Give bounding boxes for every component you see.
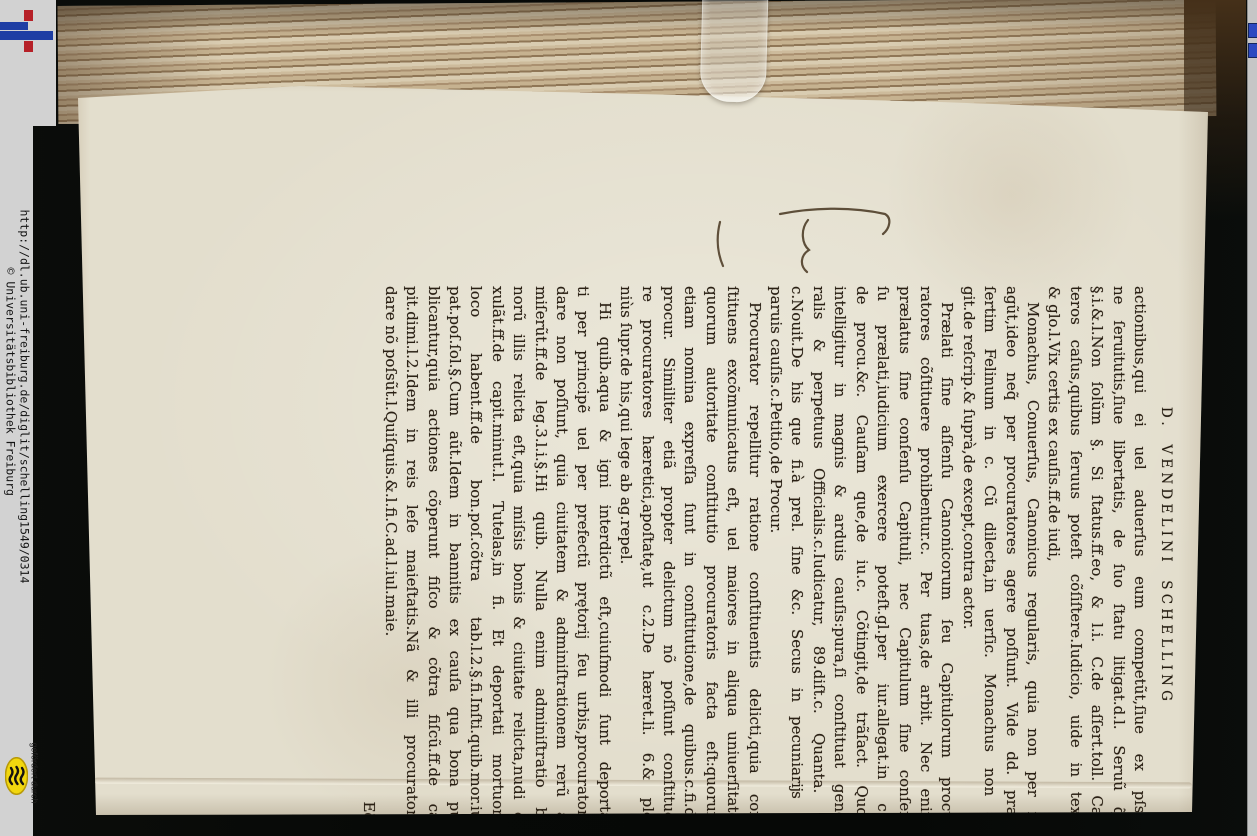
text-line: pit.dimi.l.2.Idem in reis leſe maieſtati… [401,286,422,826]
text-line: teros caſus,quibus ſeruus poteſt cõſiſte… [1064,286,1085,826]
calibration-mark-icon [1248,23,1257,38]
running-header: D. VENDELINI SCHELLING [1158,286,1174,826]
text-block-lines: actionibus,qui ei uel aduerſus eum compe… [379,286,1150,826]
text-line: ratores cõſtituere prohibentur.c. Per tu… [915,286,936,826]
text-line: c.Nouit.De his que fi.à prel. ſine &c. S… [786,286,807,826]
text-line: ſertim Felinum in c. Cũ dilecta,in uerſi… [979,286,1000,826]
text-line: intelligitur in magnis & arduis cauſis:p… [829,286,850,826]
text-line: re procuratores hæretici,apoſtatę,ut c.2… [636,286,657,826]
text-line: ti per principẽ uel per prefectũ prętori… [572,286,593,826]
text-line: ſtituens excõmunicatus eſt, uel maiores … [722,286,743,826]
text-line: actionibus,qui ei uel aduerſus eum compe… [1129,286,1150,826]
scan-copyright: © Universitätsbibliothek Freiburg [4,210,18,620]
text-line: ne ſeruitutis,ſiue libertatis, de ſuo ſt… [1107,286,1128,826]
text-line: git.de reſcrip.& ſuprà,de except,contra … [957,286,978,826]
text-line: §.i.&.l.Non ſolũm §. Si ſtatus.ff.eo, & … [1086,286,1107,826]
text-line: dare nõ poſsũt.l.Quiſquis.&.l.fi.C.ad.l.… [379,286,400,826]
text-line: etiam nomina expreſſa ſunt in conſtituti… [679,286,700,826]
ub-logo-area [0,0,56,126]
text-line: pat.poſ.ſol.§.Cum aũt.Idem in bannitis e… [444,286,465,826]
text-line: ralis & perpetuus Officialis.c.Iudicatur… [808,286,829,826]
calibration-mark-icon [1248,43,1257,58]
text-line: quorum autoritate conſtitutio procurator… [700,286,721,826]
text-line: Prælati ſine aſſenſu Canonicorum ſeu Cap… [936,286,957,826]
text-line: Procurator repellitur ratione conſtituen… [743,286,764,826]
text-line: dare non poſſunt, quia ciuitatem & admin… [551,286,572,826]
text-line: paruis cauſis.c.Petitio,de Procur. [765,286,786,826]
scan-metadata-text: http://dl.ub.uni-freiburg.de/diglit/sche… [4,210,31,620]
plastic-page-clip [700,0,769,103]
text-line: niùs ſupr.de his,qui lege ab ag.repel. [615,286,636,826]
book-page: D. VENDELINI SCHELLING actionibus,qui ei… [60,58,1220,820]
text-line: ſu prælati,iudicium exercere poteſt.gl.p… [872,286,893,826]
catchword: Eq̃ [358,286,379,826]
text-line: xulãt.ff.de capit.minut.l. Tutelas,in fi… [486,286,507,826]
text-line: Monachus, Conuerſus, Canonicus regularis… [1022,286,1043,826]
text-line: & glo.l.Vix certis ex cauſis.ff.de iudi, [1043,286,1064,826]
text-line: miſerũt.ff.de leg.3.l.i.§.Hi quib. Nulla… [529,286,550,826]
text-line: Hi quib.aqua & igni interdictũ eſt,cuiuſ… [593,286,614,826]
text-line: agũt,ideo neq̃ per procuratores agere po… [1000,286,1021,826]
page-text-rotated: D. VENDELINI SCHELLING actionibus,qui ei… [332,286,1176,826]
scanner-strip-right [1247,0,1257,836]
text-line: norũ illis relicta eſt,quia miſsis bonis… [508,286,529,826]
text-line: loco habent.ff.de bon.poſ.cõtra tab.l.2.… [465,286,486,826]
text-line: de procu.&c. Cauſam que,de iu.c. Cõtingi… [850,286,871,826]
text-line: blicantur,quia actiones cõperunt fiſco &… [422,286,443,826]
text-line: prælatus ſine conſenſu Capituli, nec Cap… [893,286,914,826]
scan-url: http://dl.ub.uni-freiburg.de/diglit/sche… [17,210,31,620]
text-line: procur. Similiter etiã propter delictum … [658,286,679,826]
baden-wuerttemberg-arms-icon [5,757,28,795]
funding-label: gefördert durch [29,743,40,813]
